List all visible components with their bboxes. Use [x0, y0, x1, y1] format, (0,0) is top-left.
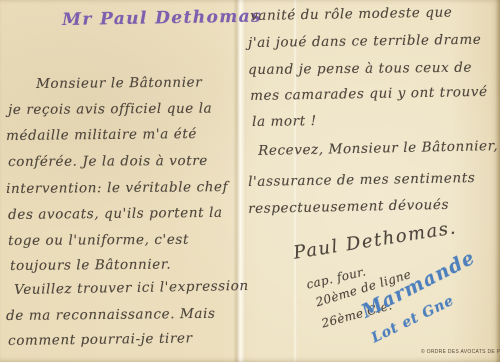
letter-scan: Mr Paul Dethomas Monsieur le Bâtonnier j… [0, 0, 500, 362]
handwritten-line: quand je pense à tous ceux de [248, 60, 472, 78]
handwritten-line: des avocats, qu'ils portent la [8, 205, 223, 223]
handwritten-line: intervention: le véritable chef [6, 179, 228, 197]
letter-header-name: Mr Paul Dethomas [62, 7, 262, 30]
handwritten-line: mes camarades qui y ont trouvé [250, 84, 488, 104]
handwritten-line: de ma reconnaissance. Mais [6, 306, 216, 324]
handwritten-line: toujours le Bâtonnier. [10, 257, 171, 274]
archive-credit: © ORDRE DES AVOCATS DE PARIS [421, 349, 500, 355]
handwritten-line: Veuillez trouver ici l'expression [14, 278, 249, 298]
handwritten-line: je reçois avis officiel que la [8, 101, 212, 118]
handwritten-line: respectueusement dévoués [248, 197, 449, 217]
page-gutter [233, 0, 246, 362]
handwritten-line: la mort ! [252, 113, 317, 130]
handwritten-line: vanité du rôle modeste que [250, 4, 453, 24]
handwritten-line: l'assurance de mes sentiments [248, 170, 475, 190]
handwritten-line: toge ou l'uniforme, c'est [8, 232, 189, 249]
handwritten-line: comment pourrai-je tirer [8, 330, 193, 349]
handwritten-line: conférée. Je la dois à votre [8, 153, 208, 170]
signature: Paul Dethomas. [292, 217, 458, 264]
handwritten-line: Monsieur le Bâtonnier [36, 75, 202, 92]
handwritten-line: médaille militaire m'a été [6, 126, 197, 144]
handwritten-line: j'ai joué dans ce terrible drame [248, 32, 482, 51]
